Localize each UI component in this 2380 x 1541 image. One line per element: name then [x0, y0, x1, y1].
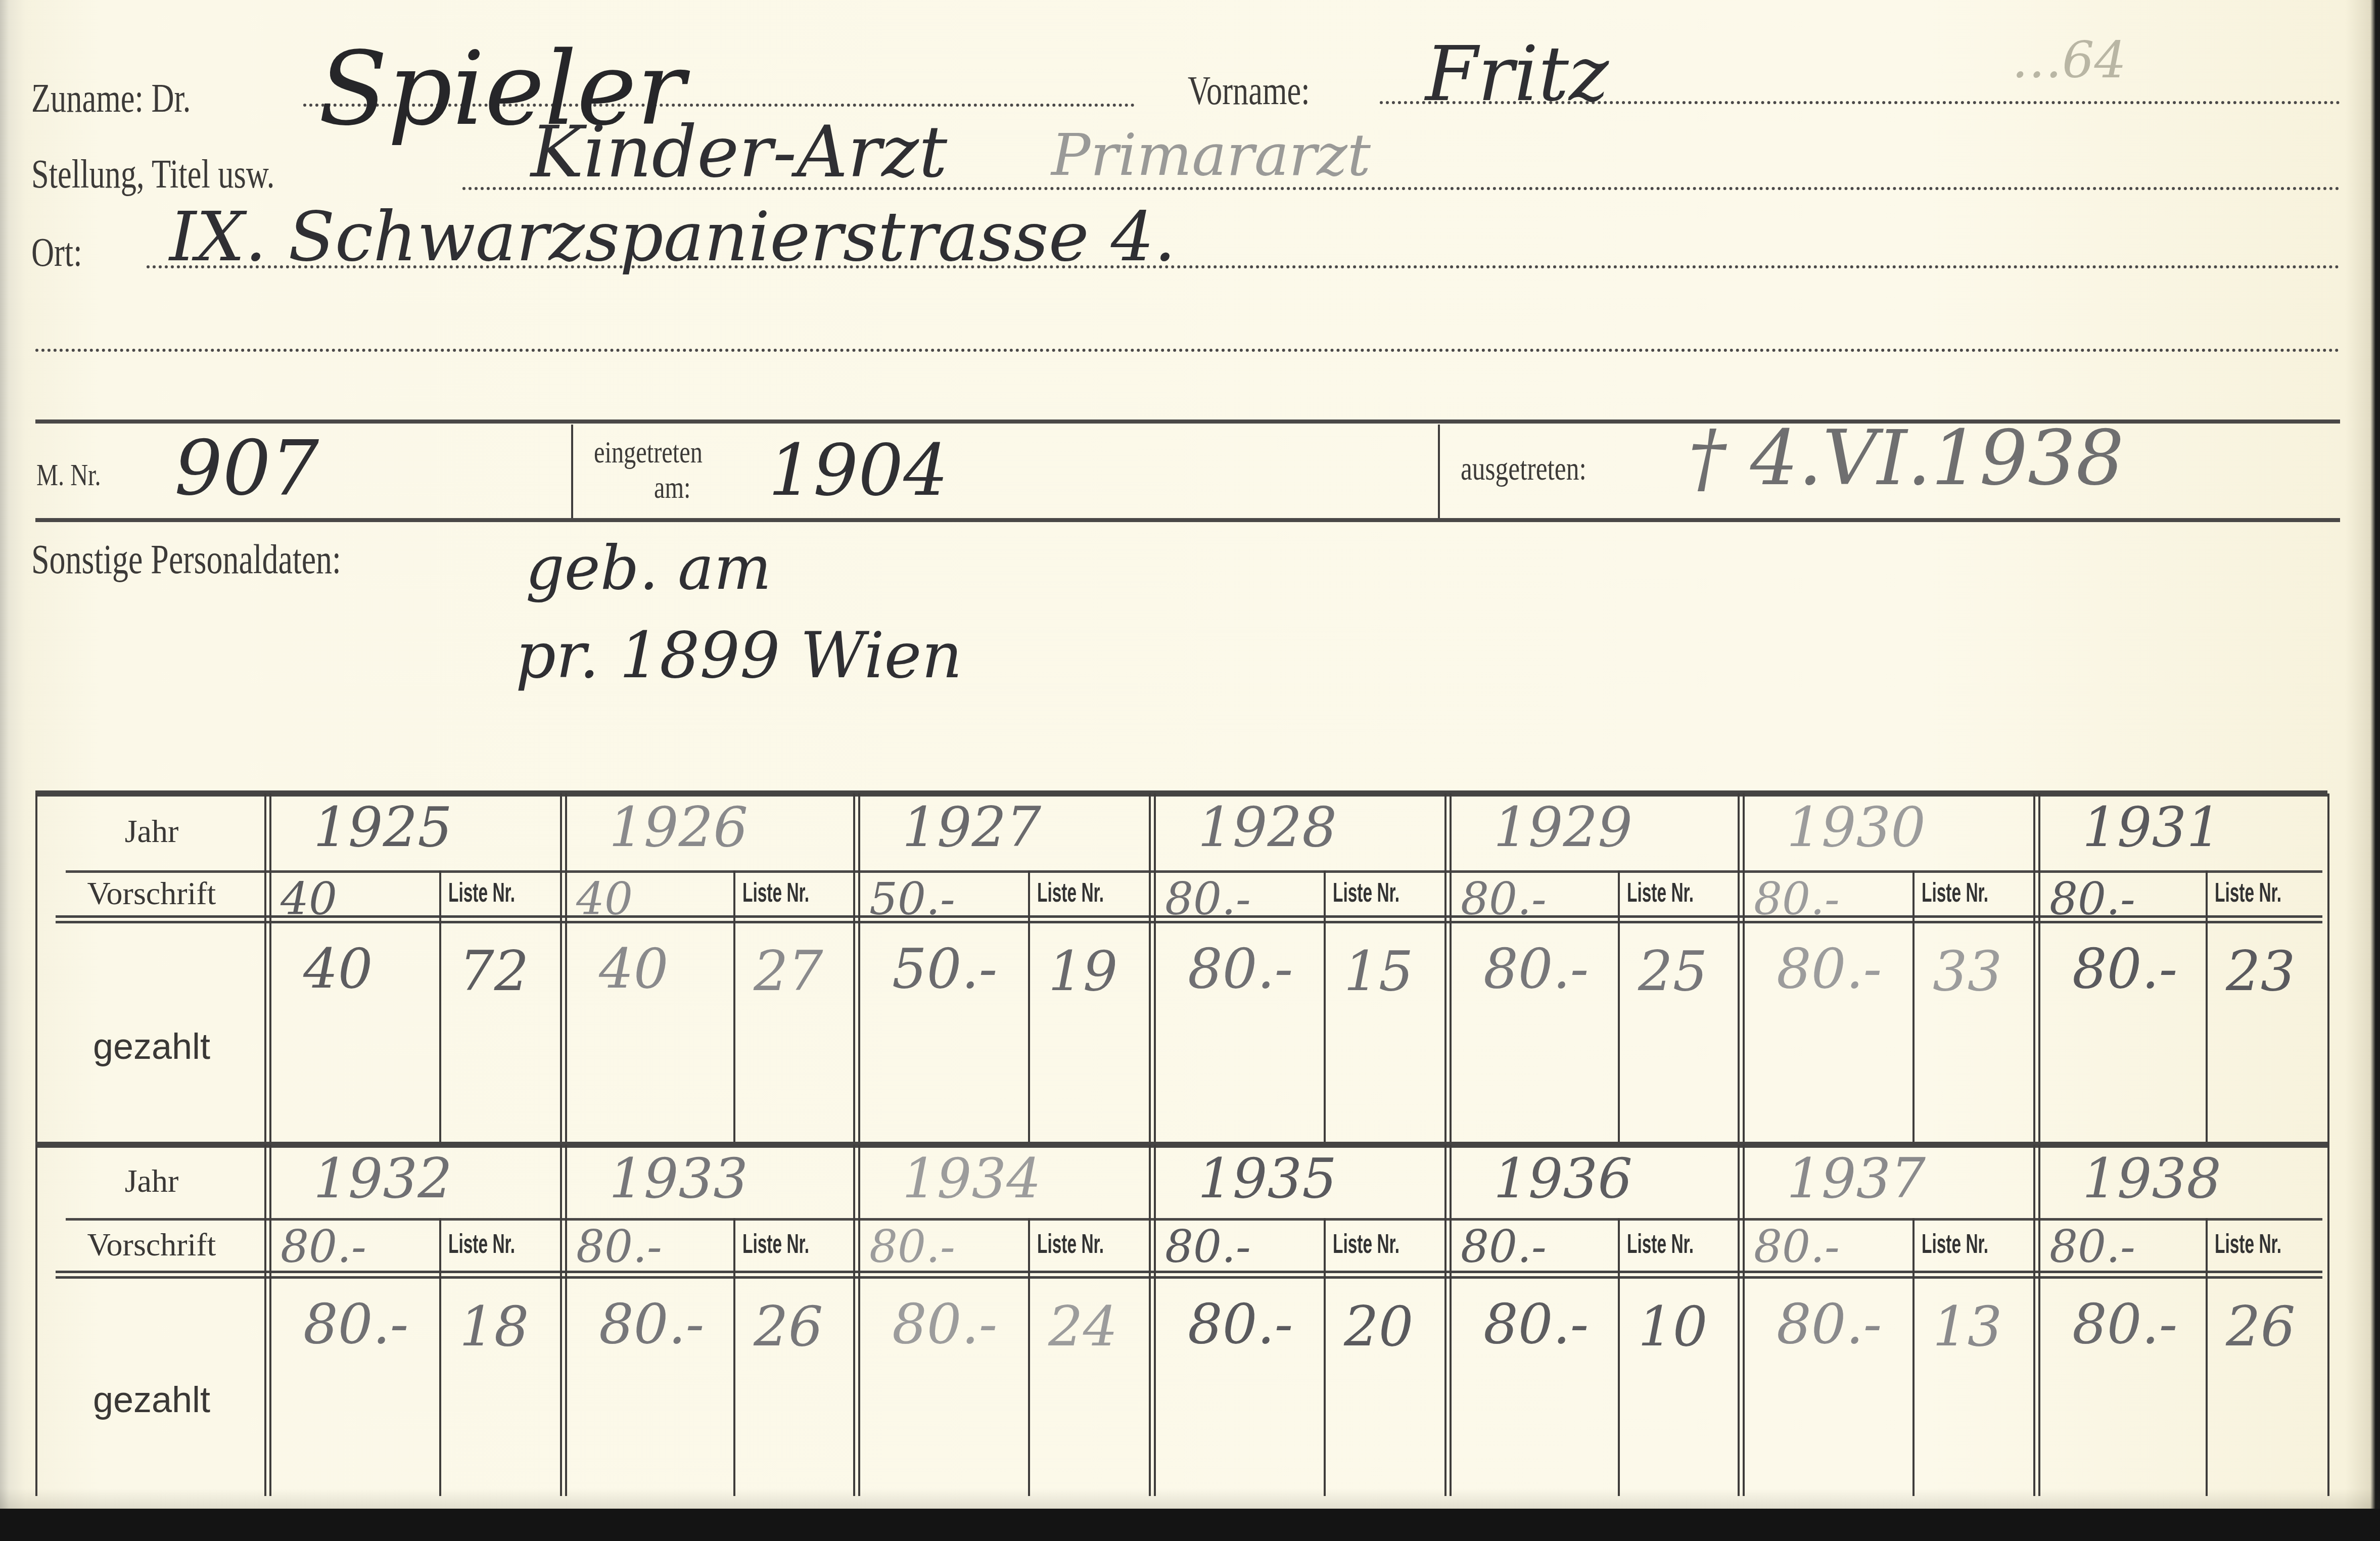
row-label-gezahlt: gezahlt — [35, 1026, 268, 1067]
liste-nr-header: Liste Nr. — [1037, 1228, 1161, 1259]
membership-index-card: …64 Zuname: Dr. Spieler Vorname: Fritz S… — [0, 0, 2380, 1509]
year-group-divider — [2033, 793, 2040, 1145]
liste-column-divider — [1028, 1218, 1030, 1496]
liste-column-divider — [1618, 870, 1620, 1145]
gezahlt-value: 80.- — [1188, 938, 1293, 1001]
liste-column-divider — [1028, 870, 1030, 1145]
vorschrift-value: 80.- — [1165, 873, 1251, 925]
liste-nr-label: Liste Nr. — [2215, 877, 2281, 908]
vorschrift-value: 80.- — [281, 1221, 366, 1273]
year-group-divider — [264, 793, 271, 1145]
liste-nr-value: 27 — [754, 940, 823, 1003]
mnr-value: 907 — [174, 425, 319, 512]
vorschrift-value: 40 — [576, 873, 633, 925]
liste-nr-label: Liste Nr. — [1922, 1228, 1988, 1259]
liste-column-divider — [1912, 1218, 1915, 1496]
liste-nr-value: 15 — [1344, 940, 1413, 1003]
gezahlt-value: 80.- — [1777, 938, 1882, 1001]
vorschrift-value: 80.- — [1461, 1221, 1547, 1273]
liste-nr-header: Liste Nr. — [1037, 877, 1161, 908]
liste-nr-value: 33 — [1933, 940, 2002, 1003]
mnr-divider-1 — [571, 425, 573, 518]
mnr-bottom-rule — [35, 518, 2340, 522]
gezahlt-value: 80.- — [1483, 938, 1589, 1001]
year-group-divider — [853, 793, 860, 1145]
eingetreten-label: eingetreten am: — [594, 435, 733, 505]
year-group-divider — [560, 793, 567, 1145]
liste-nr-value: 24 — [1048, 1295, 1117, 1359]
year-group-divider — [1444, 793, 1452, 1145]
mnr-divider-2 — [1438, 425, 1440, 518]
sonstige-label: Sonstige Personaldaten: — [31, 536, 429, 583]
gezahlt-value: 80.- — [1777, 1293, 1882, 1356]
zuname-label: Zuname: Dr. — [31, 76, 236, 122]
eingetreten-value: 1904 — [768, 430, 948, 512]
corner-pencil-mark: …64 — [2012, 30, 2126, 89]
year-group-divider — [1444, 1145, 1452, 1496]
gezahlt-value: 50.- — [892, 938, 997, 1001]
liste-nr-header: Liste Nr. — [1333, 877, 1457, 908]
liste-nr-header: Liste Nr. — [2215, 877, 2337, 908]
row-label-gezahlt: gezahlt — [35, 1379, 268, 1421]
vorname-value: Fritz — [1425, 30, 1609, 118]
liste-nr-label: Liste Nr. — [448, 1228, 515, 1259]
vorschrift-value: 80.- — [2049, 873, 2135, 925]
year-value: 1933 — [609, 1147, 748, 1210]
liste-column-divider — [1324, 1218, 1326, 1496]
vorname-label: Vorname: — [1188, 68, 1344, 114]
gezahlt-value: 40 — [303, 938, 372, 1001]
liste-nr-header: Liste Nr. — [1922, 877, 2046, 908]
gezahlt-value: 40 — [599, 938, 668, 1001]
gezahlt-value: 80.- — [1188, 1293, 1293, 1356]
gezahlt-value: 80.- — [2072, 938, 2177, 1001]
liste-nr-value: 20 — [1344, 1295, 1413, 1359]
year-value: 1931 — [2082, 796, 2221, 859]
gezahlt-value: 80.- — [892, 1293, 997, 1356]
year-group-divider — [1738, 1145, 1745, 1496]
liste-nr-header: Liste Nr. — [448, 877, 573, 908]
liste-nr-header: Liste Nr. — [1922, 1228, 2046, 1259]
year-group-divider — [560, 1145, 567, 1496]
gezahlt-value: 80.- — [1483, 1293, 1589, 1356]
year-group-divider — [1149, 1145, 1156, 1496]
liste-nr-value: 26 — [754, 1295, 823, 1359]
liste-column-divider — [1912, 870, 1915, 1145]
liste-nr-label: Liste Nr. — [1627, 1228, 1694, 1259]
liste-nr-label: Liste Nr. — [742, 877, 809, 908]
table-right-border — [2327, 793, 2329, 1145]
liste-column-divider — [439, 1218, 441, 1496]
liste-column-divider — [733, 870, 735, 1145]
row-label-jahr: Jahr — [35, 813, 268, 850]
year-group-divider — [853, 1145, 860, 1496]
year-value: 1936 — [1494, 1147, 1632, 1210]
liste-nr-value: 72 — [459, 940, 529, 1003]
gezahlt-value: 80.- — [303, 1293, 408, 1356]
ort-label: Ort: — [31, 230, 97, 276]
liste-nr-label: Liste Nr. — [1037, 877, 1104, 908]
liste-nr-label: Liste Nr. — [742, 1228, 809, 1259]
liste-nr-value: 25 — [1638, 940, 1707, 1003]
gezahlt-value: 80.- — [599, 1293, 704, 1356]
ausgetreten-value: † 4.VI.1938 — [1688, 414, 2124, 502]
vorschrift-value: 80.- — [869, 1221, 955, 1273]
table-right-border — [2327, 1145, 2329, 1496]
liste-nr-label: Liste Nr. — [1333, 1228, 1399, 1259]
stellung-annotation: Primararzt — [1051, 121, 1371, 189]
vorschrift-value: 40 — [281, 873, 337, 925]
liste-nr-label: Liste Nr. — [1922, 877, 1988, 908]
year-value: 1938 — [2082, 1147, 2221, 1210]
stellung-label: Stellung, Titel usw. — [31, 152, 343, 198]
vorschrift-value: 80.- — [1754, 873, 1840, 925]
liste-nr-label: Liste Nr. — [2215, 1228, 2281, 1259]
year-value: 1937 — [1787, 1147, 1926, 1210]
liste-nr-header: Liste Nr. — [448, 1228, 573, 1259]
liste-nr-value: 23 — [2226, 940, 2295, 1003]
vorschrift-value: 80.- — [1461, 873, 1547, 925]
vorschrift-value: 50.- — [869, 873, 955, 925]
liste-nr-header: Liste Nr. — [742, 877, 866, 908]
liste-nr-value: 26 — [2226, 1295, 2295, 1359]
liste-column-divider — [1324, 870, 1326, 1145]
year-group-divider — [264, 1145, 271, 1496]
liste-nr-label: Liste Nr. — [1037, 1228, 1104, 1259]
year-group-divider — [2033, 1145, 2040, 1496]
blank-line — [35, 349, 2340, 352]
year-value: 1925 — [313, 796, 452, 859]
liste-nr-header: Liste Nr. — [742, 1228, 866, 1259]
ausgetreten-label: ausgetreten: — [1461, 450, 1622, 488]
row-label-jahr: Jahr — [35, 1162, 268, 1200]
liste-column-divider — [733, 1218, 735, 1496]
year-value: 1928 — [1198, 796, 1337, 859]
year-value: 1930 — [1787, 796, 1926, 859]
year-group-divider — [1149, 793, 1156, 1145]
liste-nr-value: 10 — [1638, 1295, 1707, 1359]
liste-nr-value: 18 — [459, 1295, 529, 1359]
mnr-label: M. Nr. — [36, 457, 119, 493]
vorschrift-value: 80.- — [576, 1221, 662, 1273]
year-value: 1926 — [609, 796, 748, 859]
sonstige-line-2: pr. 1899 Wien — [516, 619, 962, 692]
year-value: 1927 — [902, 796, 1041, 859]
stellung-value: Kinder-Arzt — [531, 111, 947, 194]
liste-nr-value: 13 — [1933, 1295, 2002, 1359]
vorschrift-value: 80.- — [1754, 1221, 1840, 1273]
liste-nr-header: Liste Nr. — [1333, 1228, 1457, 1259]
row-label-vorschrift: Vorschrift — [35, 1226, 268, 1264]
gezahlt-value: 80.- — [2072, 1293, 2177, 1356]
year-group-divider — [1738, 793, 1745, 1145]
liste-nr-label: Liste Nr. — [448, 877, 515, 908]
ort-value: IX. Schwarzspanierstrasse 4. — [169, 197, 1176, 276]
vorschrift-value: 80.- — [2049, 1221, 2135, 1273]
row-label-vorschrift: Vorschrift — [35, 875, 268, 912]
year-value: 1935 — [1198, 1147, 1337, 1210]
liste-column-divider — [1618, 1218, 1620, 1496]
liste-nr-header: Liste Nr. — [1627, 1228, 1750, 1259]
liste-column-divider — [2206, 870, 2208, 1145]
liste-nr-value: 19 — [1048, 940, 1117, 1003]
liste-nr-header: Liste Nr. — [1627, 877, 1750, 908]
year-value: 1934 — [902, 1147, 1041, 1210]
liste-nr-header: Liste Nr. — [2215, 1228, 2337, 1259]
liste-column-divider — [439, 870, 441, 1145]
liste-nr-label: Liste Nr. — [1333, 877, 1399, 908]
liste-nr-label: Liste Nr. — [1627, 877, 1694, 908]
vorschrift-value: 80.- — [1165, 1221, 1251, 1273]
year-value: 1932 — [313, 1147, 452, 1210]
sonstige-line-1: geb. am — [526, 533, 771, 603]
liste-column-divider — [2206, 1218, 2208, 1496]
year-value: 1929 — [1494, 796, 1632, 859]
